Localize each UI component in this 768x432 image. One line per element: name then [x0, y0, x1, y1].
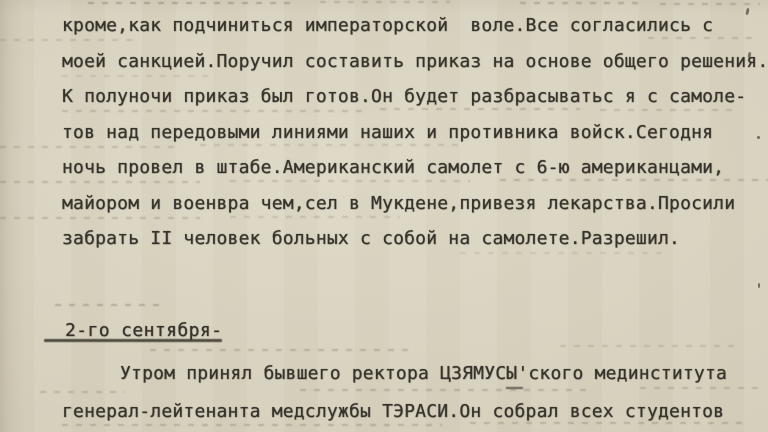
bleedthrough-mark [560, 345, 740, 347]
text-line: забрать II человек больных с собой на са… [62, 221, 768, 257]
bleedthrough-mark [55, 304, 163, 306]
text-line: генерал-лейтенанта медслужбы ТЭРАСИ.Он с… [62, 393, 727, 431]
text-line: К полуночи приказ был готов.Он будет раз… [62, 79, 768, 115]
date-heading: 2-го сентября- [65, 320, 222, 342]
bleedthrough-mark [660, 3, 760, 5]
bleedthrough-mark [150, 349, 410, 351]
diary-paragraph-2: Утром принял бывшего ректора ЦЗЯМУСЫ'ско… [62, 355, 727, 430]
bleedthrough-mark [88, 2, 298, 4]
document-paper: кроме,как подчиниться императорской воле… [0, 0, 768, 432]
ink-speck [758, 283, 760, 288]
text-line: кроме,как подчиниться императорской воле… [62, 8, 768, 44]
bleedthrough-mark [520, 2, 640, 4]
text-line: майором и военвра чем,сел в Мукдене,прив… [62, 186, 768, 222]
bleedthrough-mark [320, 1, 450, 3]
text-line: ночь провел в штабе.Американский самолет… [62, 150, 768, 186]
text-line: моей санкцией.Поручил составить приказ н… [62, 44, 768, 80]
word-underline-mark [506, 387, 523, 389]
text-line: Утром принял бывшего ректора ЦЗЯМУСЫ'ско… [62, 355, 727, 393]
text-line: тов над передовыми линиями наших и проти… [62, 115, 768, 151]
diary-paragraph-1: кроме,как подчиниться императорской воле… [62, 8, 768, 257]
